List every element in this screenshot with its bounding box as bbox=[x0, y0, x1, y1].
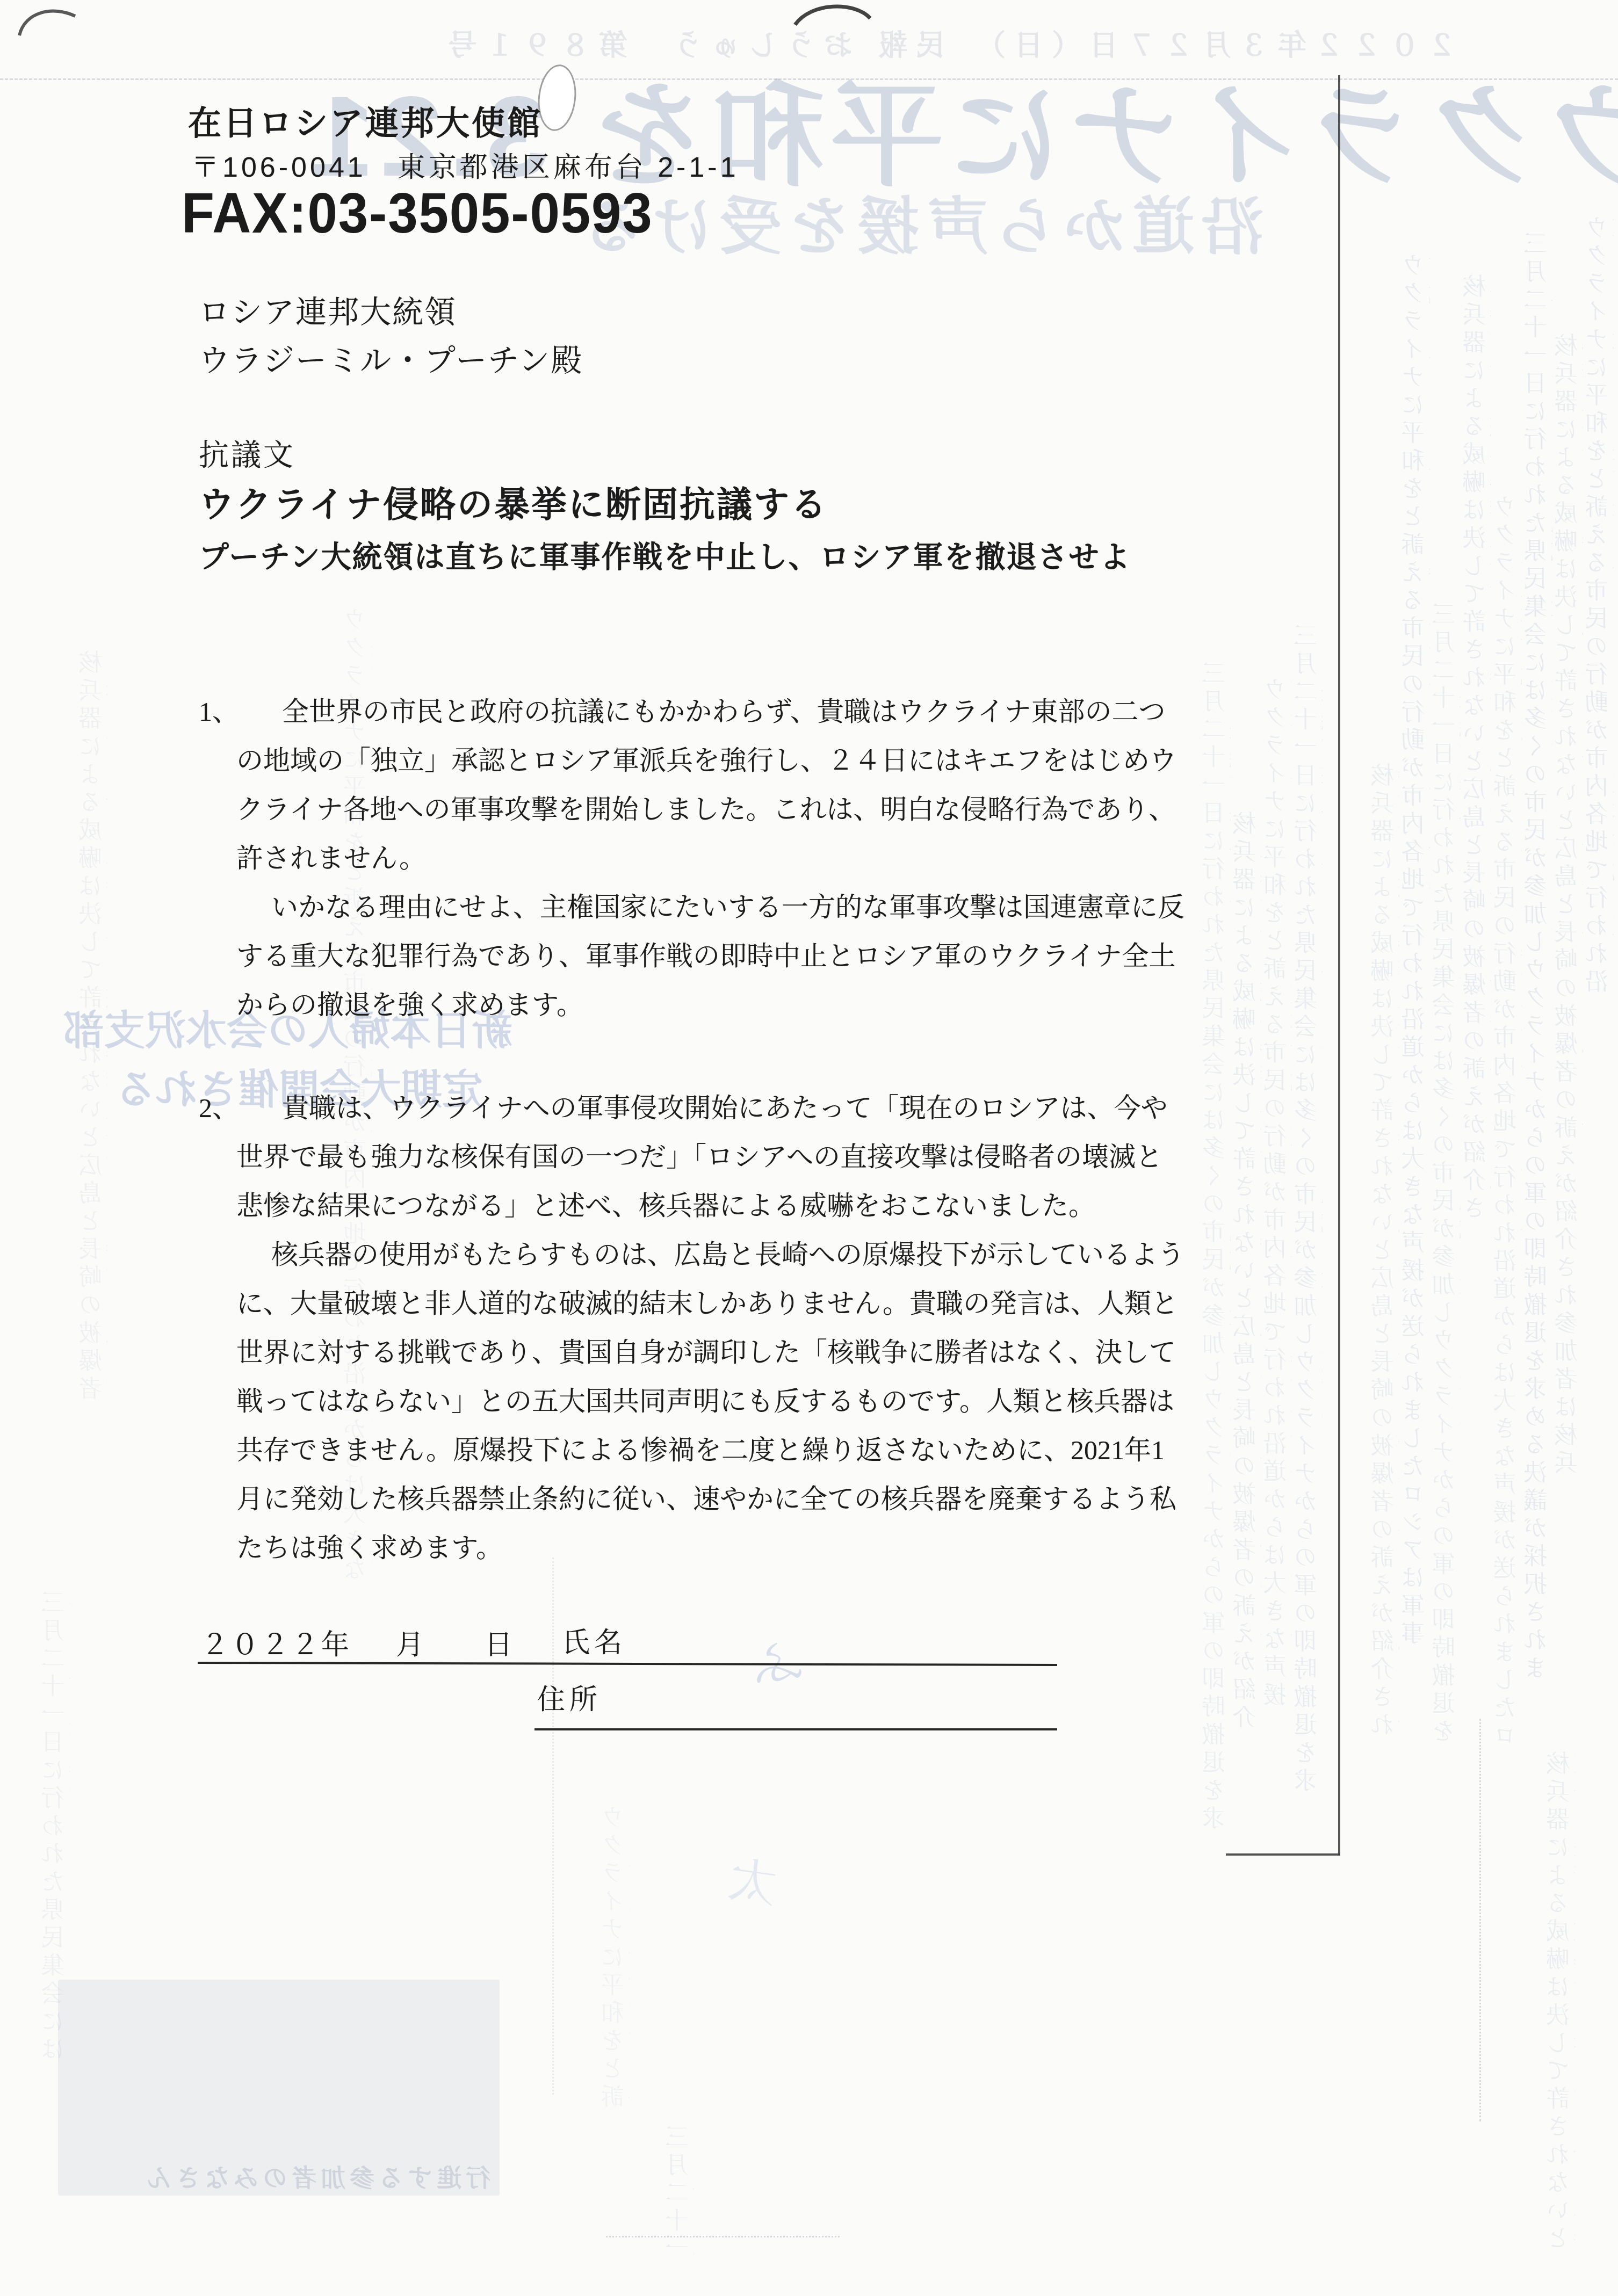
body-line: クライナ各地への軍事攻撃を開始しました。これは、明白な侵略行為であり、 bbox=[236, 796, 1176, 823]
body-line: 全世界の市民と政府の抗議にもかかわらず、貴職はウクライナ東部の二つ bbox=[282, 698, 1166, 725]
bleed-column: 核兵器による威嚇は決して許されないと広島と長崎の被爆者の訴えが紹介され参加者は核… bbox=[1371, 763, 1399, 1756]
bleed-column-rule bbox=[552, 1558, 554, 2095]
bleed-column: ウクライナに平和をと訴える市民の行動が市内各地で行われ沿道からは大きな声援が送ら… bbox=[1402, 252, 1430, 1676]
bleed-column: 核兵器による威嚇は決して許されないと広島と長崎の被爆者の訴えが紹介され参加者は核… bbox=[80, 650, 107, 1429]
bleed-column: 三月二十一日に行われた県民集会には多くの市民が参加しウクライナからの軍の即時撤退… bbox=[1525, 231, 1552, 1708]
bleed-column: ウクライナに平和をと訴える市民の行動が市内各地で行われ沿道からは大きな声援が送ら… bbox=[1264, 677, 1292, 1724]
scanned-protest-letter-page: ２０２２年３月２７日（日） 民報 おうしゅう 第８９１号 ウクライナに平和を 3… bbox=[0, 0, 1618, 2296]
bleedthrough-photo-block bbox=[58, 1980, 500, 2196]
bleedthrough-photo-caption: 行進する参加者のみなさん bbox=[142, 2165, 490, 2190]
body-line: 月に発効した核兵器禁止条約に従い、速やかに全ての核兵器を廃棄するよう私 bbox=[236, 1486, 1176, 1512]
embassy-address: 〒106-0041 東京都港区麻布台 2-1-1 bbox=[191, 154, 739, 182]
bleed-column: 三月二十一日に行われた県民集会には多くの市民が参加しウクライナからの軍の即時撤退… bbox=[1203, 661, 1231, 1842]
body-line: に、大量破壊と非人道的な破滅的結末しかありません。貴職の発言は、人類と bbox=[236, 1290, 1178, 1317]
paragraph-1-number: 1、 bbox=[199, 698, 239, 725]
signature-name-line bbox=[198, 1662, 1057, 1666]
document-type-label: 抗議文 bbox=[199, 440, 295, 470]
bleedthrough-headline-sub: 沿道から声援を受ける bbox=[576, 195, 1263, 258]
body-line: 許されません。 bbox=[236, 845, 426, 872]
bleed-table-rule bbox=[606, 2236, 840, 2237]
body-line: たちは強く求めます。 bbox=[236, 1534, 503, 1561]
body-line: いかなる理由にせよ、主権国家にたいする一方的な軍事攻撃は国連憲章に反 bbox=[271, 894, 1184, 921]
bleed-column: 核兵器による威嚇は決して許されないと広島と長崎の被爆者の訴えが紹介され参加者は核… bbox=[1233, 811, 1261, 1751]
bleed-column-rule bbox=[1479, 1719, 1481, 2121]
signature-day-label: 日 bbox=[485, 1632, 512, 1660]
bleedthrough-handwriting-mark: 太 bbox=[725, 1856, 780, 1911]
embassy-name: 在日ロシア連邦大使館 bbox=[188, 107, 543, 141]
signature-month-label: 月 bbox=[396, 1632, 424, 1660]
scan-smudge-arc bbox=[15, 2, 85, 40]
fold-line bbox=[0, 78, 1618, 80]
fax-number: FAX:03-3505-0593 bbox=[182, 185, 653, 242]
body-line: 世界に対する挑戦であり、貴国自身が調印した「核戦争に勝者はなく、決して bbox=[236, 1339, 1176, 1366]
body-line: 貴職は、ウクライナへの軍事侵攻開始にあたって「現在のロシアは、今や bbox=[282, 1095, 1168, 1121]
body-line: 核兵器の使用がもたらすものは、広島と長崎への原爆投下が示しているよう bbox=[271, 1241, 1184, 1268]
protest-headline-2: プーチン大統領は直ちに軍事作戦を中止し、ロシア軍を撤退させよ bbox=[199, 542, 1131, 573]
body-line: 悲惨な結果につながる」と述べ、核兵器による威嚇をおこないました。 bbox=[236, 1192, 1095, 1219]
addressee-name: ウラジーミル・プーチン殿 bbox=[199, 345, 583, 376]
bleed-column: ウクライナに平和をと訴える市民の行動が市内各地で行われ沿道からは大きな声援が送ら… bbox=[1586, 215, 1614, 1020]
bleed-column: 三月二十一日に行われた県民集会には多くの市民が参加しウクライナからの軍の即時撤退… bbox=[42, 1590, 70, 2073]
scan-corner-line bbox=[1226, 1853, 1340, 1856]
body-line: する重大な犯罪行為であり、軍事作戦の即時中止とロシア軍のウクライナ全土 bbox=[236, 943, 1176, 969]
bleed-column: 三月二十一日に行われた県民集会には多くの市民が参加しウクライナからの軍の即時撤退… bbox=[1433, 602, 1461, 1756]
addressee-title: ロシア連邦大統領 bbox=[199, 297, 457, 328]
scan-smudge-arc bbox=[790, 0, 876, 27]
body-line: 戦ってはならない」との五大国共同声明にも反するものです。人類と核兵器は bbox=[236, 1388, 1174, 1415]
body-line: 世界で最も強力な核保有国の一つだ」「ロシアへの直接攻撃は侵略者の壊滅と bbox=[236, 1143, 1162, 1170]
protest-headline-1: ウクライナ侵略の暴挙に断固抗議する bbox=[199, 488, 828, 523]
signature-address-line bbox=[534, 1728, 1057, 1730]
bleed-column: 核兵器による威嚇は決して許されないと広島と長崎の被爆者の訴えが紹介され参加者は核… bbox=[1463, 274, 1491, 1241]
scan-vertical-line bbox=[1338, 75, 1340, 1856]
bleed-column: 核兵器による威嚇は決して許されないと広島と長崎の被爆者の訴えが紹介され参加者は核… bbox=[1555, 333, 1583, 1488]
body-line: 共存できません。原爆投下による惨禍を二度と繰り返さないために、2021年1 bbox=[236, 1437, 1165, 1464]
signature-address-label: 住所 bbox=[537, 1686, 602, 1714]
bleed-column: 三月二十一日に行われた県民集会には多くの市民が参加しウクライナからの軍の即時撤退… bbox=[1295, 623, 1323, 1805]
signature-year-label: ２０２２年 bbox=[201, 1632, 351, 1660]
bleed-column: 核兵器による威嚇は決して許されないと広島と長崎の被爆者の訴えが紹介され参加者は核… bbox=[1547, 1751, 1575, 2256]
bleed-column: ウクライナに平和をと訴える市民の行動が市内各地で行われ沿道からは大きな声援が送ら… bbox=[602, 1805, 630, 2116]
body-line: からの撤退を強く求めます。 bbox=[236, 991, 583, 1018]
paragraph-2-number: 2、 bbox=[199, 1095, 239, 1121]
signature-name-label: 氏名 bbox=[562, 1629, 626, 1657]
bleed-column: 三月二十一日に行われた県民集会には多くの市民が参加しウクライナからの軍の即時撤退… bbox=[666, 2124, 694, 2285]
bleed-column: ウクライナに平和をと訴える市民の行動が市内各地で行われ沿道からは大きな声援が送ら… bbox=[1494, 494, 1522, 1756]
body-line: の地域の「独立」承認とロシア軍派兵を強行し、２４日にはキエフをはじめウ bbox=[236, 747, 1176, 774]
bleedthrough-newspaper-masthead: ２０２２年３月２７日（日） 民報 おうしゅう 第８９１号 bbox=[439, 31, 1457, 60]
